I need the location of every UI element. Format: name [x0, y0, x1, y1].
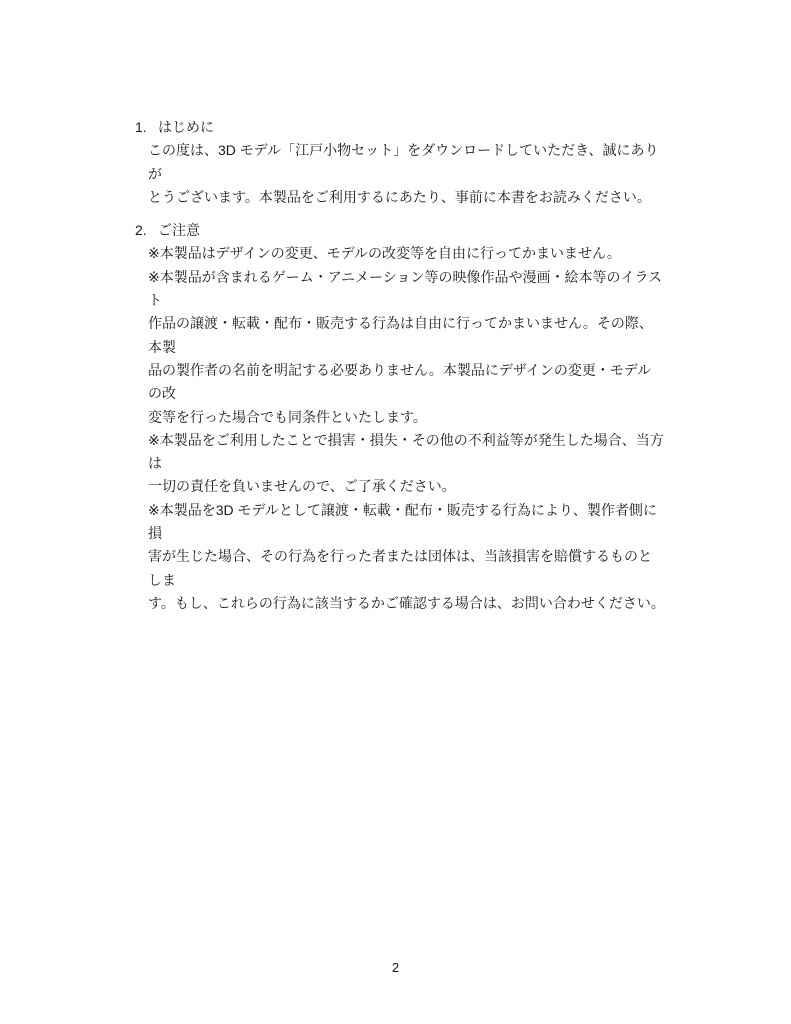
section-notes: 2.ご注意 ※本製品はデザインの変更、モデルの改変等を自由に行ってかまいません。… [135, 219, 665, 615]
section-notes-heading: 2.ご注意 [135, 219, 665, 242]
section-introduction: 1.はじめに この度は、3D モデル「江戸小物セット」をダウンロードしていただき… [135, 116, 665, 209]
section-introduction-heading: 1.はじめに [135, 116, 665, 139]
document-page: 1.はじめに この度は、3D モデル「江戸小物セット」をダウンロードしていただき… [0, 0, 791, 1024]
notes-item: ※本製品はデザインの変更、モデルの改変等を自由に行ってかまいません。 [148, 242, 665, 265]
section-introduction-body: この度は、3D モデル「江戸小物セット」をダウンロードしていただき、誠にありが … [148, 139, 665, 209]
notes-item: ※本製品をご利用したことで損害・損失・その他の不利益等が発生した場合、当方は 一… [148, 429, 665, 499]
section-number: 1. [135, 116, 158, 139]
notes-item: ※本製品を3D モデルとして譲渡・転載・配布・販売する行為により、製作者側に損 … [148, 499, 665, 615]
section-number: 2. [135, 219, 158, 242]
section-title: はじめに [158, 119, 214, 135]
notes-item: ※本製品が含まれるゲーム・アニメーション等の映像作品や漫画・絵本等のイラスト 作… [148, 266, 665, 429]
page-number: 2 [0, 958, 791, 978]
section-title: ご注意 [158, 222, 200, 238]
document-content: 1.はじめに この度は、3D モデル「江戸小物セット」をダウンロードしていただき… [135, 116, 665, 615]
